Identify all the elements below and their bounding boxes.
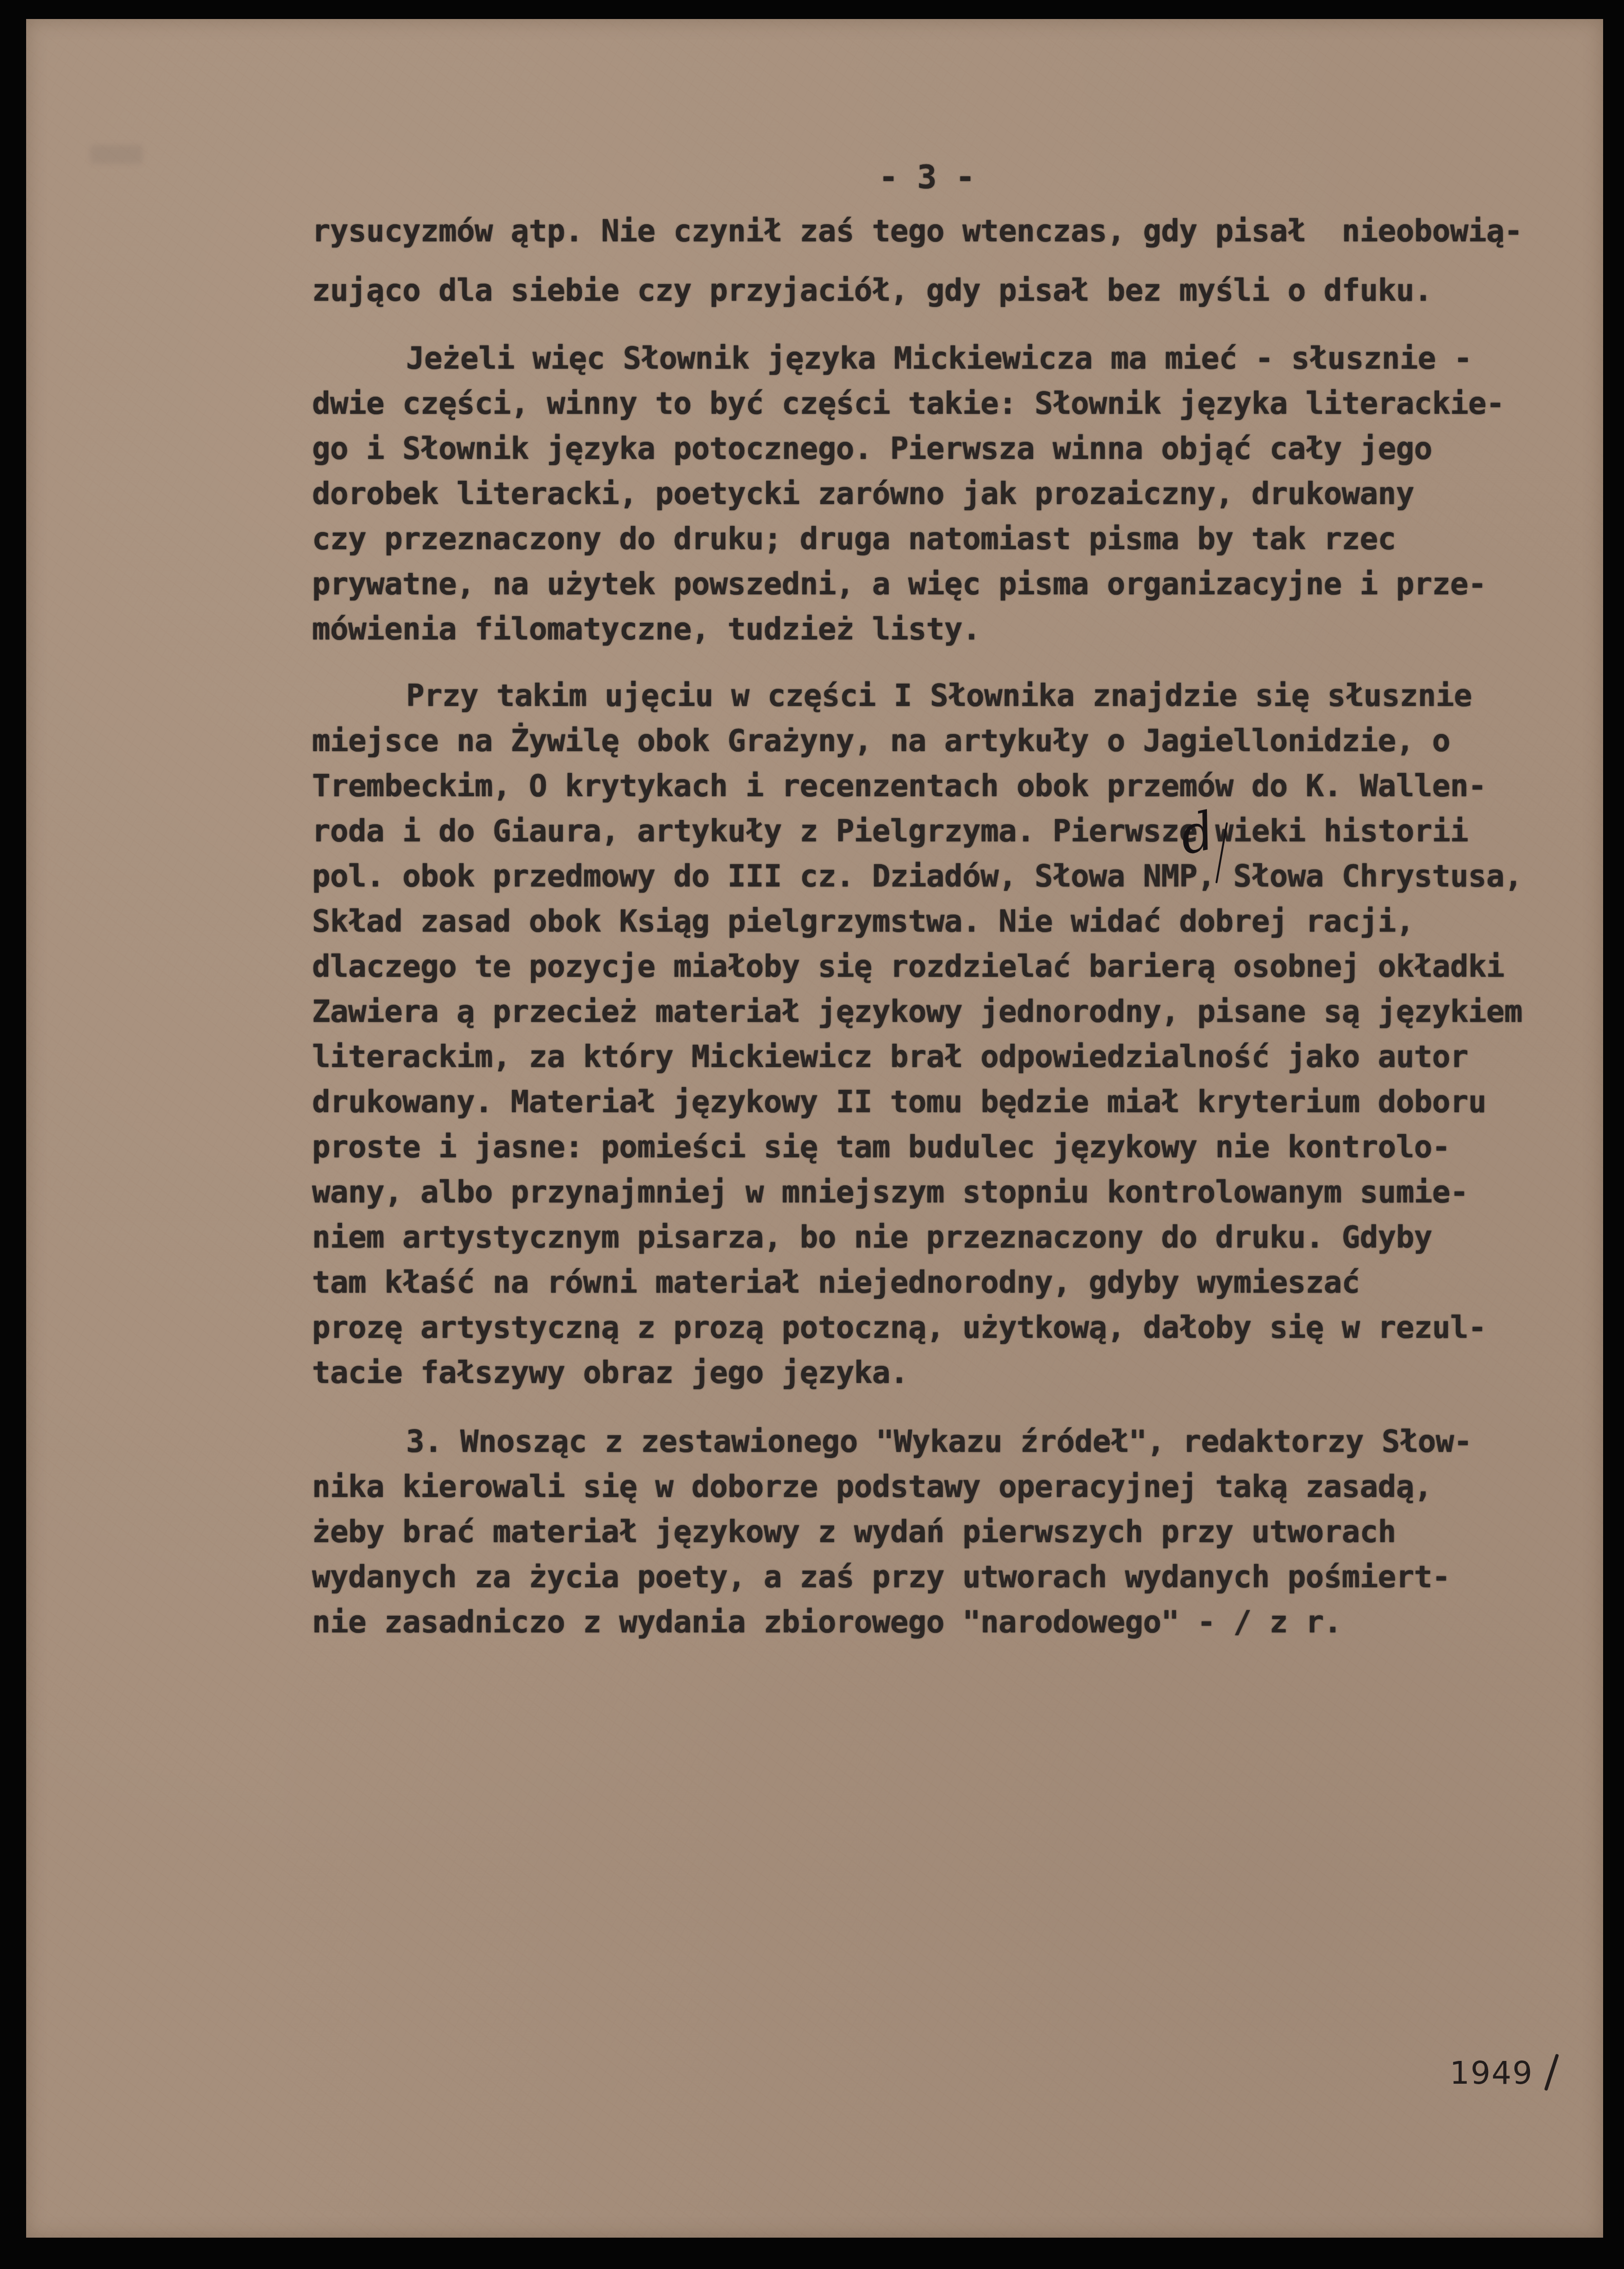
page-number: - 3 - (879, 162, 975, 194)
text-line: dwie części, winny to być części takie: … (312, 389, 1504, 419)
text-line: go i Słownik języka potocznego. Pierwsza… (312, 434, 1432, 464)
text-line: tacie fałszywy obraz jego języka. (312, 1358, 908, 1388)
text-line: Zawiera ą przecież materiał językowy jed… (312, 997, 1522, 1027)
text-line: żeby brać materiał językowy z wydań pier… (312, 1517, 1396, 1547)
text-line: prozę artystyczną z prozą potoczną, użyt… (312, 1313, 1486, 1343)
text-line: czy przeznaczony do druku; druga natomia… (312, 524, 1396, 554)
text-line: drukowany. Materiał językowy II tomu będ… (312, 1087, 1486, 1117)
text-line: Skład zasad obok Ksiąg pielgrzymstwa. Ni… (312, 906, 1414, 937)
text-line: rysucyzmów ątp. Nie czynił zaś tego wten… (312, 216, 1522, 247)
paragraph-start-line: 3. Wnosząc z zestawionego "Wykazu źródeł… (406, 1427, 1472, 1457)
text-line: miejsce na Żywilę obok Grażyny, na artyk… (312, 726, 1450, 756)
paragraph-start-line: Jeżeli więc Słownik języka Mickiewicza m… (406, 343, 1472, 374)
text-line: roda i do Giaura, artykuły z Pielgrzyma.… (312, 816, 1468, 847)
text-line: niem artystycznym pisarza, bo nie przezn… (312, 1222, 1432, 1253)
handwritten-correction-mark: d (1174, 800, 1219, 867)
faint-stain (90, 145, 142, 164)
text-line: zująco dla siebie czy przyjaciół, gdy pi… (312, 276, 1432, 306)
text-line: prywatne, na użytek powszedni, a więc pi… (312, 569, 1486, 600)
handwritten-year: 1949 (1450, 2055, 1533, 2091)
text-line: proste i jasne: pomieści się tam budulec… (312, 1132, 1450, 1163)
text-line: wany, albo przynajmniej w mniejszym stop… (312, 1177, 1468, 1208)
handwritten-slash (1544, 2054, 1559, 2091)
text-line: tam kłaść na równi materiał niejednorodn… (312, 1268, 1360, 1298)
text-line: nika kierowali się w doborze podstawy op… (312, 1472, 1432, 1502)
text-line: dlaczego te pozycje miałoby się rozdziel… (312, 952, 1504, 982)
paragraph-start-line: Przy takim ujęciu w części I Słownika zn… (406, 681, 1472, 711)
text-line: dorobek literacki, poetycki zarówno jak … (312, 479, 1414, 509)
document-page: - 3 - rysucyzmów ątp. Nie czynił zaś teg… (26, 19, 1603, 2238)
text-line: Trembeckim, O krytykach i recenzentach o… (312, 771, 1486, 801)
text-line: nie zasadniczo z wydania zbiorowego "nar… (312, 1607, 1342, 1638)
text-line: wydanych za życia poety, a zaś przy utwo… (312, 1562, 1450, 1592)
text-line: literackim, za który Mickiewicz brał odp… (312, 1042, 1468, 1072)
text-line: mówienia filomatyczne, tudzież listy. (312, 614, 980, 645)
text-line: pol. obok przedmowy do III cz. Dziadów, … (312, 861, 1522, 892)
